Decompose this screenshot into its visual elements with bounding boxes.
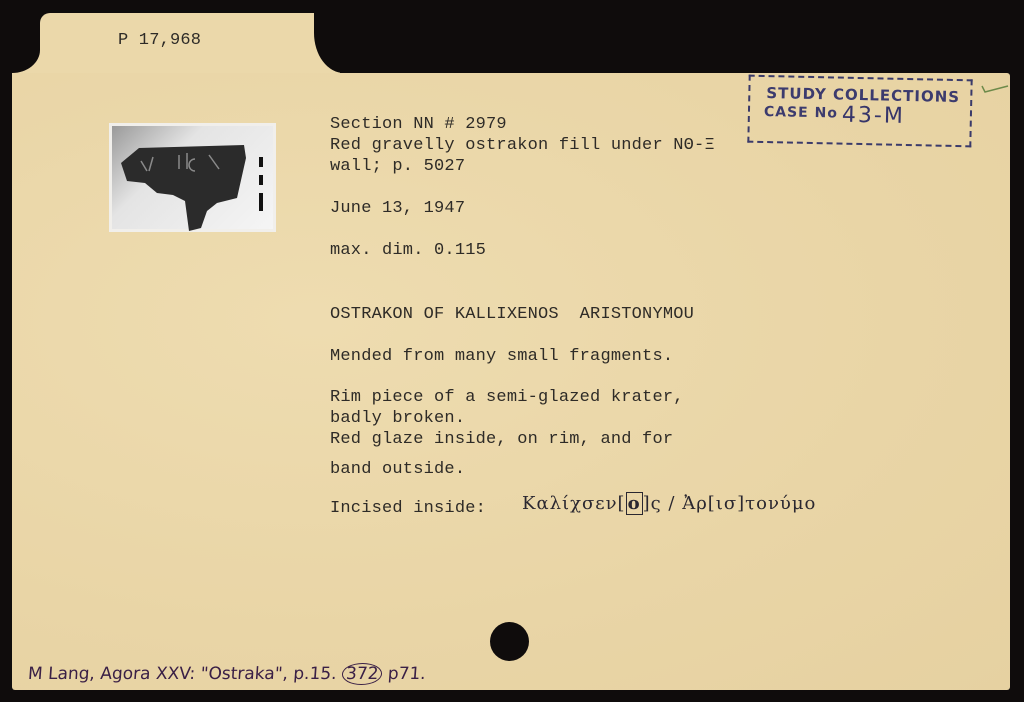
ostrakon-image-icon (109, 123, 276, 232)
context-line-2: wall; p. 5027 (330, 156, 465, 177)
object-title: OSTRAKON OF KALLIXENOS ARISTONYMOU (330, 304, 694, 325)
tab-curve-right (300, 13, 340, 78)
description-line-4: band outside. (330, 459, 465, 480)
bibliography-text: M Lang, Agora XXV: "Ostraka", p.15. (27, 664, 337, 684)
greek-restored-letter: ο (626, 492, 643, 515)
bibliography-note: M Lang, Agora XXV: "Ostraka", p.15. 372 … (27, 664, 426, 684)
max-dimension: max. dim. 0.115 (330, 240, 486, 261)
green-check-mark-icon (980, 82, 1010, 96)
greek-inscription: Καλίχσεν[ο]ς / Ἀρ[ισ]τονύμο (522, 493, 816, 514)
description-line-2: badly broken. (330, 408, 465, 429)
study-collections-stamp: STUDY COLLECTIONS CASE No 43-M (747, 75, 972, 148)
catalog-number: P 17,968 (118, 30, 201, 51)
inscription-label: Incised inside: (330, 498, 486, 519)
description-line-1: Rim piece of a semi-glazed krater, (330, 387, 684, 408)
case-number: 43-M (842, 103, 905, 129)
punch-hole (490, 622, 529, 661)
condition-note: Mended from many small fragments. (330, 346, 673, 367)
stamp-line-2: CASE No (764, 104, 838, 122)
bibliography-page: p71. (387, 664, 426, 684)
find-date: June 13, 1947 (330, 198, 465, 219)
greek-part-1: Καλίχσεν[ (522, 493, 626, 514)
section-number: Section NN # 2979 (330, 114, 507, 135)
greek-part-2: ]ς / Ἀρ[ισ]τονύμο (643, 493, 817, 514)
ostrakon-photo (109, 123, 276, 232)
context-line-1: Red gravelly ostrakon fill under NΘ-Ξ (330, 135, 715, 156)
description-line-3: Red glaze inside, on rim, and for (330, 429, 673, 450)
circled-catalog-number: 372 (341, 663, 383, 685)
